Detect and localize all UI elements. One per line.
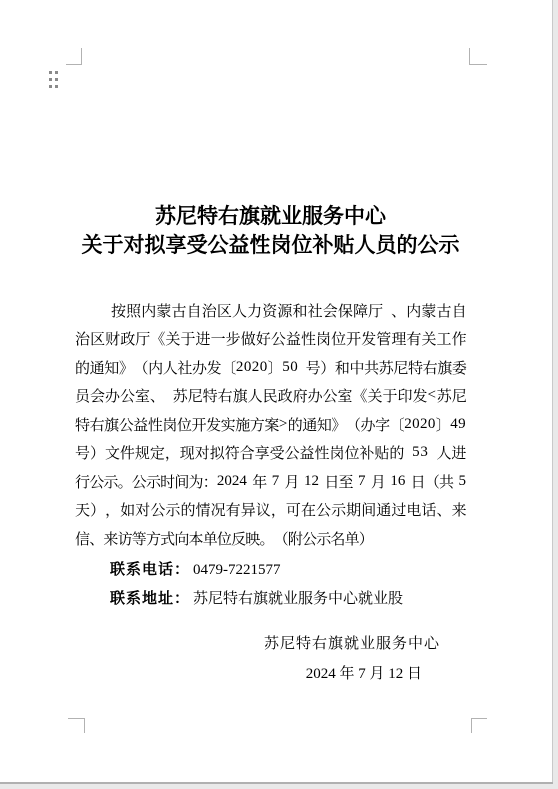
- text-boundary-mark-top-left-icon: [66, 48, 82, 65]
- contact-block: 联系电话：0479-7221577 联系地址：苏尼特右旗就业服务中心就业股: [75, 556, 466, 613]
- contact-phone-value: 0479-7221577: [193, 562, 281, 578]
- drag-handle-icon[interactable]: [49, 71, 58, 88]
- contact-phone-label: 联系电话：: [110, 562, 190, 578]
- paragraph-line: 信、来访等方式向本单位反映。（附公示名单）: [75, 524, 466, 553]
- closing-block: 苏尼特右旗就业服务中心 2024 年 7 月 12 日: [75, 629, 466, 689]
- contact-address-value: 苏尼特右旗就业服务中心就业股: [193, 591, 403, 607]
- paragraph: 按照内蒙古自治区人力资源和社会保障厅 、内蒙古自治区财政厅《关于进一步做好公益性…: [75, 296, 466, 553]
- document-viewport: 苏尼特右旗就业服务中心 关于对拟享受公益性岗位补贴人员的公示 按照内蒙古自治区人…: [0, 0, 558, 789]
- page-bottom-edge: [0, 782, 553, 784]
- title-line-1: 苏尼特右旗就业服务中心: [75, 202, 466, 231]
- paragraph-line: 天），如对公示的情况有异议，可在公示期间通过电话、来: [75, 496, 466, 525]
- document-title: 苏尼特右旗就业服务中心 关于对拟享受公益性岗位补贴人员的公示: [75, 202, 466, 260]
- paragraph-line: 治区财政厅《关于进一步做好公益性岗位开发管理有关工作: [75, 325, 466, 354]
- contact-phone-row: 联系电话：0479-7221577: [75, 556, 466, 585]
- contact-address-label: 联系地址：: [110, 591, 190, 607]
- title-line-2: 关于对拟享受公益性岗位补贴人员的公示: [75, 231, 466, 260]
- paragraph-line: 按照内蒙古自治区人力资源和社会保障厅 、内蒙古自: [75, 296, 466, 325]
- text-boundary-mark-bottom-right-icon: [471, 718, 487, 733]
- document-page[interactable]: 苏尼特右旗就业服务中心 关于对拟享受公益性岗位补贴人员的公示 按照内蒙古自治区人…: [0, 0, 553, 782]
- paragraph-line: 的通知》（内人社办发〔2020〕50 号）和中共苏尼特右旗委: [75, 353, 466, 382]
- text-boundary-mark-top-right-icon: [469, 48, 487, 65]
- paragraph-line: 员会办公室、 苏尼特右旗人民政府办公室《关于印发<苏尼: [75, 382, 466, 411]
- paragraph-line: 行公示。公示时间为：2024 年 7 月 12 日至 7 月 16 日（共 5: [75, 467, 466, 496]
- date-line: 2024 年 7 月 12 日: [75, 659, 466, 689]
- signature-line: 苏尼特右旗就业服务中心: [75, 629, 466, 659]
- paragraph-line: 号）文件规定，现对拟符合享受公益性岗位补贴的 53 人进: [75, 439, 466, 468]
- paragraph-line: 特右旗公益性岗位开发实施方案>的通知》（办字〔2020〕49: [75, 410, 466, 439]
- contact-address-row: 联系地址：苏尼特右旗就业服务中心就业股: [75, 585, 466, 614]
- text-boundary-mark-bottom-left-icon: [68, 718, 85, 733]
